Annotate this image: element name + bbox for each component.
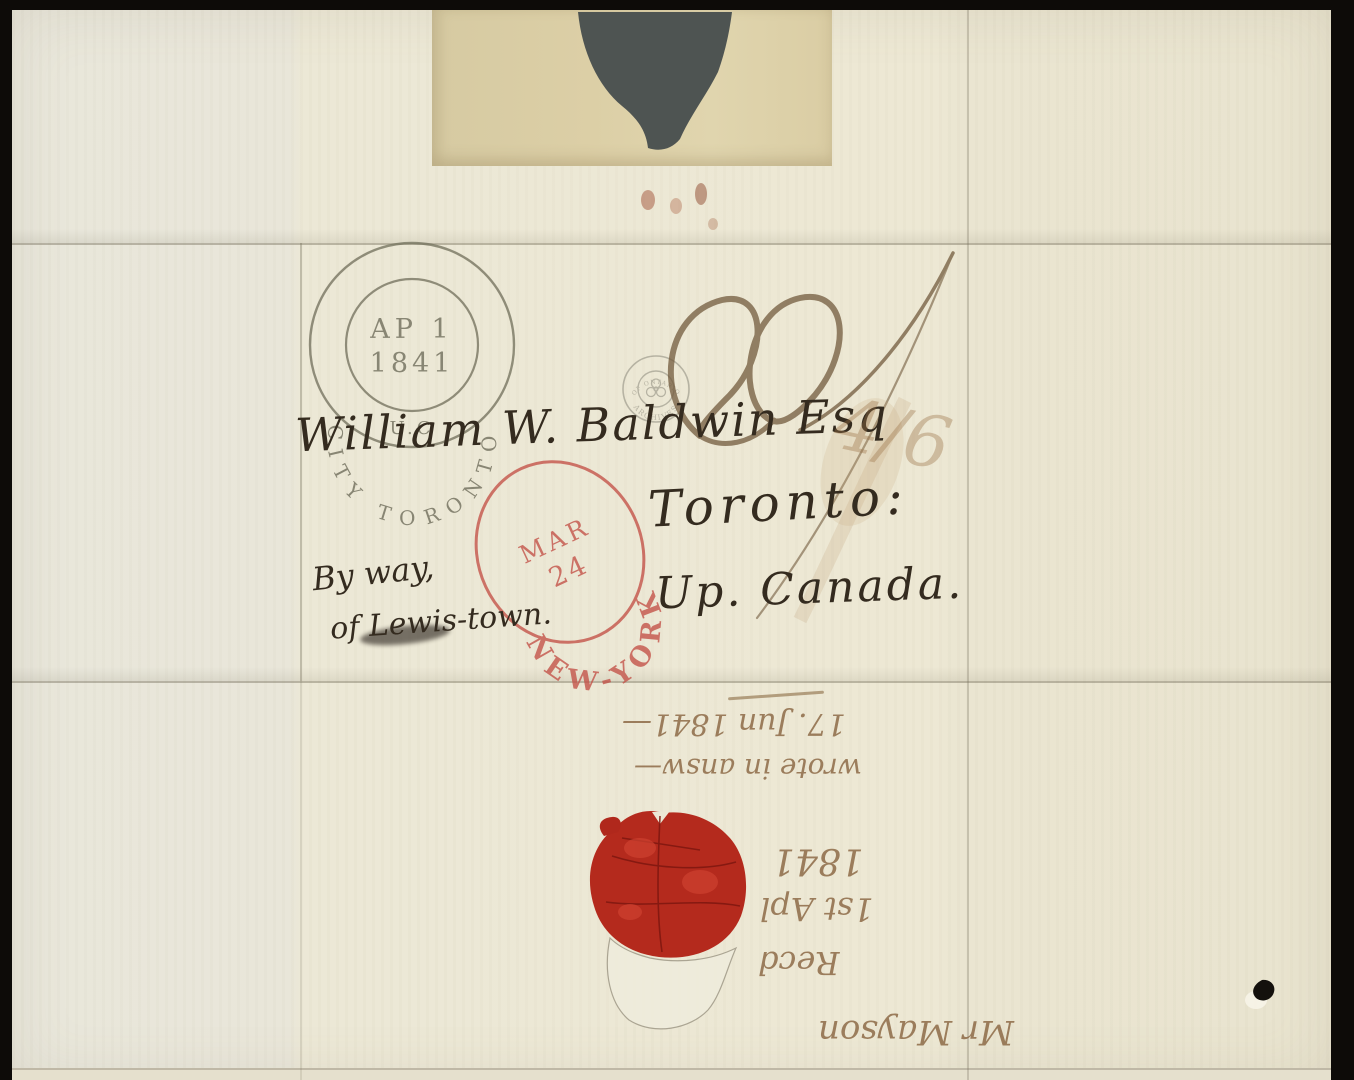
address-line-3: Up. Canada. [654,558,965,620]
scan-background: CITY TORONTO U.C AP 1 1841 ARCHIVES OF O… [0,0,1354,1080]
paper-hole [1245,980,1274,1009]
wax-seal [590,811,746,958]
toronto-postmark: CITY TORONTO U.C AP 1 1841 [310,243,514,530]
rust-stain-4 [708,218,718,230]
rust-stain-1 [641,190,655,210]
rust-stain-3 [695,183,707,205]
docket-lower-line-2: 1st Apl [760,890,874,928]
toronto-date-month: AP 1 [369,314,453,345]
toronto-date-year: 1841 [370,348,455,379]
docket-upper-line-2: wrote in answ— [634,752,862,785]
docket-lower-line-1: 1841 [772,840,864,881]
seal-remnant-blob [578,12,732,150]
docket-lower-line-3: Recd [758,944,839,982]
docket-upper-line-1: 17. Jun 1841— [622,706,846,741]
marks-overlay: CITY TORONTO U.C AP 1 1841 ARCHIVES OF O… [0,0,1354,1080]
rust-stain-2 [670,198,682,214]
docket-lower-line-4: Mr Mayson [818,1012,1014,1052]
